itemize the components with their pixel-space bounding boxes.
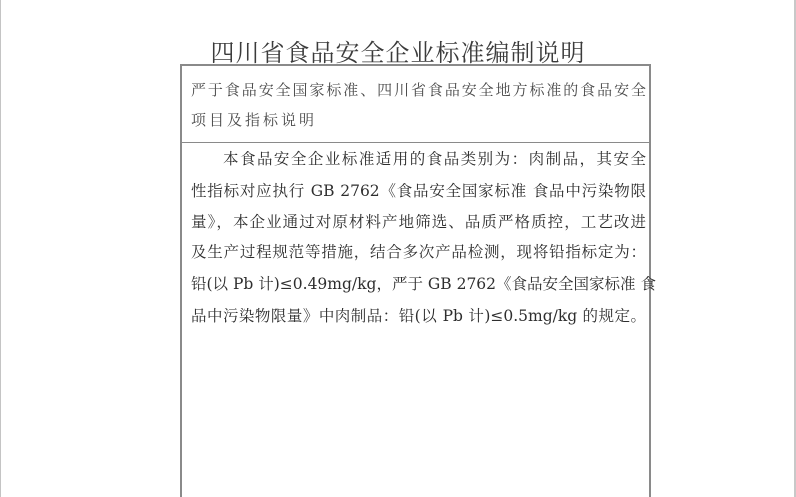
header-line-1: 严于食品安全国家标准、四川省食品安全地方标准的食品安全: [191, 80, 646, 100]
body-line-4: 及生产过程规范等措施，结合多次产品检测，现将铅指标定为：: [191, 242, 646, 262]
body-line-2: 性指标对应执行 GB 2762《食品安全国家标准 食品中污染物限: [191, 181, 646, 201]
explanation-table: 严于食品安全国家标准、四川省食品安全地方标准的食品安全 项目及指标说明 本食品安…: [180, 64, 651, 497]
body-line-5: 铅(以 Pb 计)≤0.49mg/kg，严于 GB 2762《食品安全国家标准 …: [191, 274, 646, 294]
header-line-2: 项目及指标说明: [191, 110, 317, 130]
body-line-6: 品中污染物限量》中肉制品：铅(以 Pb 计)≤0.5mg/kg 的规定。: [191, 306, 646, 326]
table-body-row: 本食品安全企业标准适用的食品类别为：肉制品，其安全 性指标对应执行 GB 276…: [182, 143, 649, 497]
body-line-3: 量》，本企业通过对原材料产地筛选、品质严格质控，工艺改进: [191, 212, 646, 232]
page-edge-left: [0, 0, 1, 497]
body-line-1: 本食品安全企业标准适用的食品类别为：肉制品，其安全: [223, 149, 646, 169]
table-header-row: 严于食品安全国家标准、四川省食品安全地方标准的食品安全 项目及指标说明: [182, 66, 649, 143]
